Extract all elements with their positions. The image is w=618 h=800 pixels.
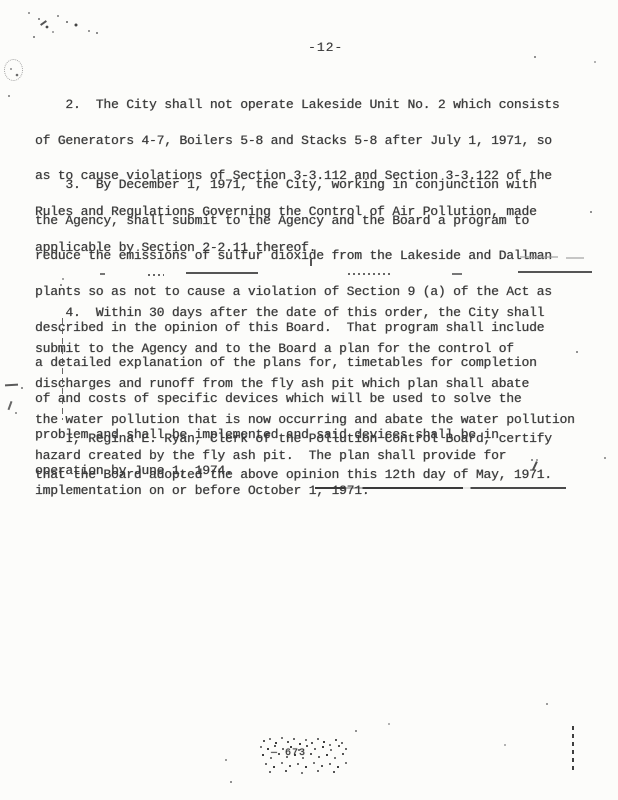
bleed-dash	[520, 256, 558, 258]
stray-tick-mark	[310, 259, 312, 266]
margin-dash-mark	[5, 384, 18, 386]
scanned-document-page: -12- 2. The City shall not operate Lakes…	[0, 0, 618, 800]
certification-paragraph: I, Regina E. Ryan, Clerk of the Pollutio…	[35, 409, 552, 504]
bleed-dash	[148, 274, 164, 276]
text-line: 4. Within 30 days after the date of this…	[35, 307, 575, 319]
margin-tick-mark	[8, 401, 13, 410]
stamp-noise	[257, 736, 259, 738]
text-line: 2. The City shall not operate Lakeside U…	[35, 99, 560, 111]
text-line: of Generators 4-7, Boilers 5-8 and Stack…	[35, 135, 560, 147]
bleed-dash	[100, 273, 105, 275]
bleed-dash	[186, 272, 258, 274]
bleed-dash	[566, 257, 584, 259]
text-line: discharges and runoff from the fly ash p…	[35, 378, 575, 390]
text-line: submit to the Agency and to the Board a …	[35, 343, 575, 355]
bleed-dash	[518, 271, 592, 273]
text-line: reduce the emissions of sulfur dioxide f…	[35, 250, 552, 262]
text-line: I, Regina E. Ryan, Clerk of the Pollutio…	[35, 433, 552, 445]
page-number: -12-	[308, 40, 343, 55]
text-line: the Agency, shall submit to the Agency a…	[35, 215, 552, 227]
scan-scratch-mark	[40, 20, 47, 26]
bleed-dash	[452, 273, 462, 275]
text-line: 3. By December 1, 1971, the City, workin…	[35, 179, 552, 191]
stray-vertical-line-right	[572, 726, 574, 772]
text-line: that the Board adopted the above opinion…	[35, 469, 552, 481]
stray-vertical-line-left	[62, 318, 63, 420]
signature-line	[315, 487, 566, 489]
scan-speckles	[0, 0, 2, 2]
bleed-dash	[348, 273, 392, 275]
smudge-ring	[4, 59, 23, 81]
smudged-stamp: — 673	[257, 736, 349, 776]
stamp-text: — 673	[271, 748, 306, 759]
